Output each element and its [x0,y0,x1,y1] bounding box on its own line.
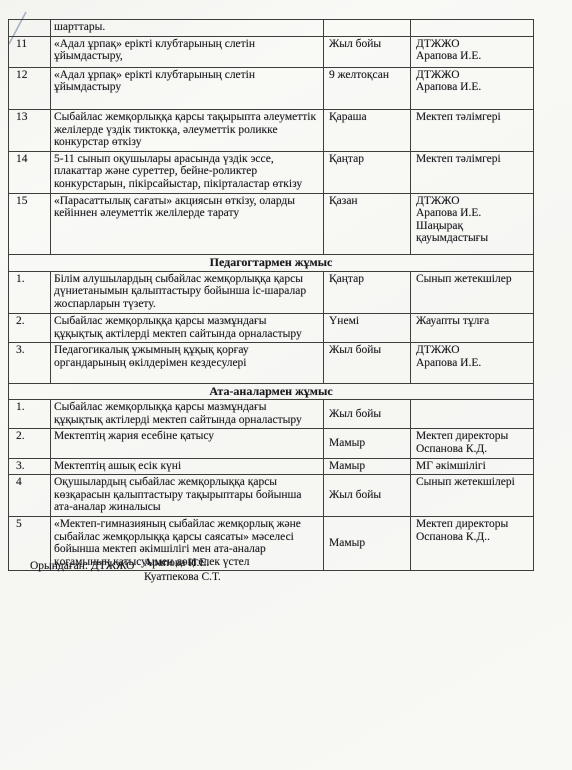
date-cell: Үнемі [324,314,411,343]
responsible-cell: Сынып жетекшілері [411,475,534,517]
table-row: 2.Мектептің жария есебіне қатысуМамырМек… [9,429,534,458]
row-number-cell: 2. [9,314,51,343]
table-row: 1.Сыбайлас жемқорлыққа қарсы мазмұндағы … [9,400,534,429]
action-plan-table: шарттары.11«Адал ұрпақ» ерікті клубтарын… [8,19,534,571]
section-header-row: Ата-аналармен жұмыс [9,383,534,400]
row-number-cell: 1. [9,271,51,314]
activity-cell: Сыбайлас жемқорлыққа қарсы тақырыпта әле… [51,109,324,151]
responsible-cell: Сынып жетекшілер [411,271,534,314]
row-number-cell: 12 [9,67,51,109]
activity-cell: «Парасаттылық сағаты» акциясын өткізу, о… [51,193,324,254]
activity-cell: «Адал ұрпақ» ерікті клубтарының слетін ұ… [51,67,324,109]
table-row: 1.Білім алушылардың сыбайлас жемқорлыққа… [9,271,534,314]
responsible-cell: Мектеп тәлімгері [411,109,534,151]
activity-cell: Білім алушылардың сыбайлас жемқорлыққа қ… [51,271,324,314]
row-number-cell: 14 [9,151,51,193]
section-title: Ата-аналармен жұмыс [9,383,534,400]
table-row: 145-11 сынып оқушылары арасында үздік эс… [9,151,534,193]
row-number-cell: 11 [9,36,51,67]
date-cell: Қазан [324,193,411,254]
row-number-cell: 13 [9,109,51,151]
responsible-cell: ДТЖЖО Арапова И.Е. [411,343,534,383]
activity-cell: Сыбайлас жемқорлыққа қарсы мазмұндағы құ… [51,400,324,429]
row-number-cell: 15 [9,193,51,254]
activity-cell: Мектептің ашық есік күні [51,458,324,475]
date-cell: Мамыр [324,458,411,475]
responsible-cell: ДТЖЖО Арапова И.Е. Шаңырақ қауымдастығы [411,193,534,254]
date-cell: Жыл бойы [324,475,411,517]
section-title: Педагогтармен жұмыс [9,254,534,271]
activity-cell: Мектептің жария есебіне қатысу [51,429,324,458]
activity-cell: шарттары. [51,20,324,37]
date-cell [324,20,411,37]
table-row: 4Оқушылардың сыбайлас жемқорлыққа қарсы … [9,475,534,517]
activity-cell: 5-11 сынып оқушылары арасында үздік эссе… [51,151,324,193]
executor-names: Арапова И.Е. Куатпекова С.Т. [144,557,221,584]
table-row: 11«Адал ұрпақ» ерікті клубтарының слетін… [9,36,534,67]
activity-cell: Оқушылардың сыбайлас жемқорлыққа қарсы к… [51,475,324,517]
responsible-cell: ДТЖЖО Арапова И.Е. [411,67,534,109]
responsible-cell: Мектеп тәлімгері [411,151,534,193]
activity-cell: Педагогикалық ұжымның құқық қорғау орган… [51,343,324,383]
table-row: 12«Адал ұрпақ» ерікті клубтарының слетін… [9,67,534,109]
row-number-cell: 1. [9,400,51,429]
date-cell: Қараша [324,109,411,151]
table-row: 15«Парасаттылық сағаты» акциясын өткізу,… [9,193,534,254]
responsible-cell: Мектеп директоры Оспанова К.Д.. [411,517,534,571]
activity-cell: Сыбайлас жемқорлыққа қарсы мазмұндағы құ… [51,314,324,343]
row-number-cell: 3. [9,458,51,475]
activity-cell: «Адал ұрпақ» ерікті клубтарының слетін ұ… [51,36,324,67]
responsible-cell [411,400,534,429]
date-cell: Жыл бойы [324,400,411,429]
row-number-cell: 3. [9,343,51,383]
responsible-cell [411,20,534,37]
table-row: 2.Сыбайлас жемқорлыққа қарсы мазмұндағы … [9,314,534,343]
responsible-cell: Мектеп директоры Оспанова К.Д. [411,429,534,458]
date-cell: Мамыр [324,517,411,571]
table-row: 3.Педагогикалық ұжымның құқық қорғау орг… [9,343,534,383]
scanned-document-page: шарттары.11«Адал ұрпақ» ерікті клубтарын… [0,0,572,770]
row-number-cell [9,20,51,37]
row-number-cell: 4 [9,475,51,517]
responsible-cell: МГ әкімшілігі [411,458,534,475]
date-cell: Жыл бойы [324,36,411,67]
executor-label: Орындаған: ДТЖЖО [30,560,134,572]
date-cell: Қаңтар [324,151,411,193]
date-cell: Мамыр [324,429,411,458]
date-cell: 9 желтоқсан [324,67,411,109]
table-row: 13Сыбайлас жемқорлыққа қарсы тақырыпта ә… [9,109,534,151]
table-row: шарттары. [9,20,534,37]
date-cell: Қаңтар [324,271,411,314]
date-cell: Жыл бойы [324,343,411,383]
section-header-row: Педагогтармен жұмыс [9,254,534,271]
responsible-cell: ДТЖЖО Арапова И.Е. [411,36,534,67]
row-number-cell: 2. [9,429,51,458]
table-row: 3.Мектептің ашық есік күніМамырМГ әкімші… [9,458,534,475]
responsible-cell: Жауапты тұлға [411,314,534,343]
